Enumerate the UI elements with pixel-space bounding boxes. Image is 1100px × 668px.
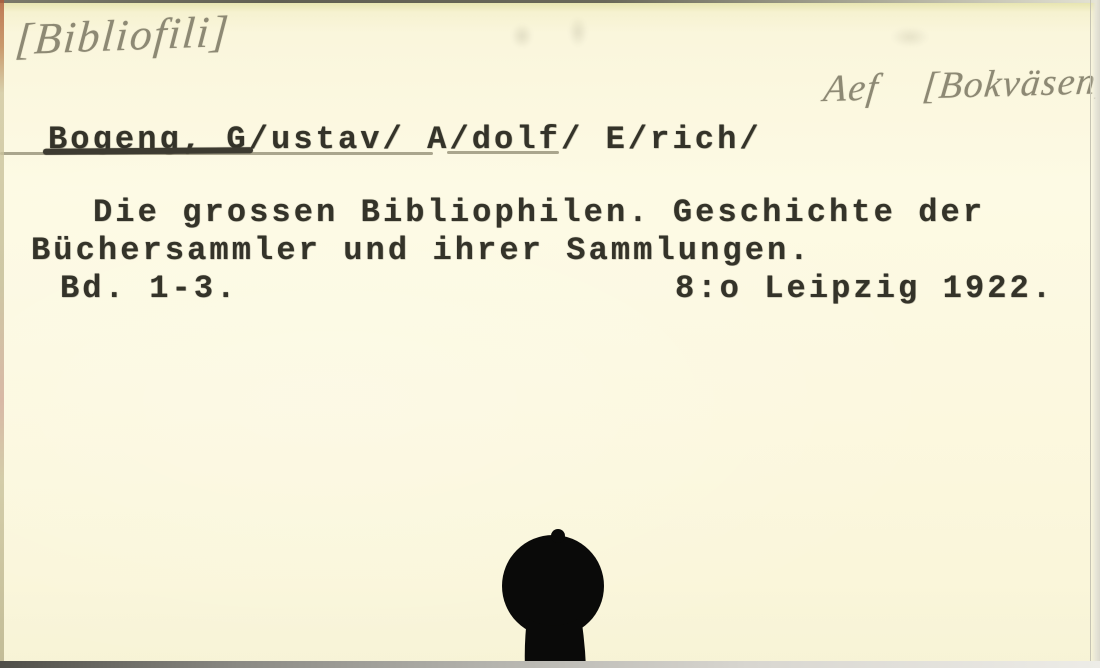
title-line-1: Die grossen Bibliophilen. Geschichte der bbox=[93, 197, 985, 229]
pencil-subject-heading-right: [Bokväsen] bbox=[921, 60, 1100, 107]
keyhole-punch-hole bbox=[494, 518, 620, 668]
imprint-statement: 8:o Leipzig 1922. bbox=[675, 273, 1054, 305]
pencil-shelfmark: Aef bbox=[821, 66, 881, 110]
erased-pencil-mark bbox=[878, 20, 942, 54]
heading-underline-thin-right bbox=[447, 151, 559, 154]
title-line-2: Büchersammler und ihrer Sammlungen. bbox=[31, 235, 812, 267]
pencil-subject-heading-left: [Bibliofili] bbox=[13, 2, 233, 70]
volume-statement: Bd. 1-3. bbox=[60, 273, 238, 305]
erased-pencil-mark bbox=[492, 8, 632, 58]
catalog-card: [Bibliofili] Aef[Bokväsen] Bogeng, G/ust… bbox=[0, 0, 1100, 668]
scan-edge-left bbox=[0, 0, 4, 668]
